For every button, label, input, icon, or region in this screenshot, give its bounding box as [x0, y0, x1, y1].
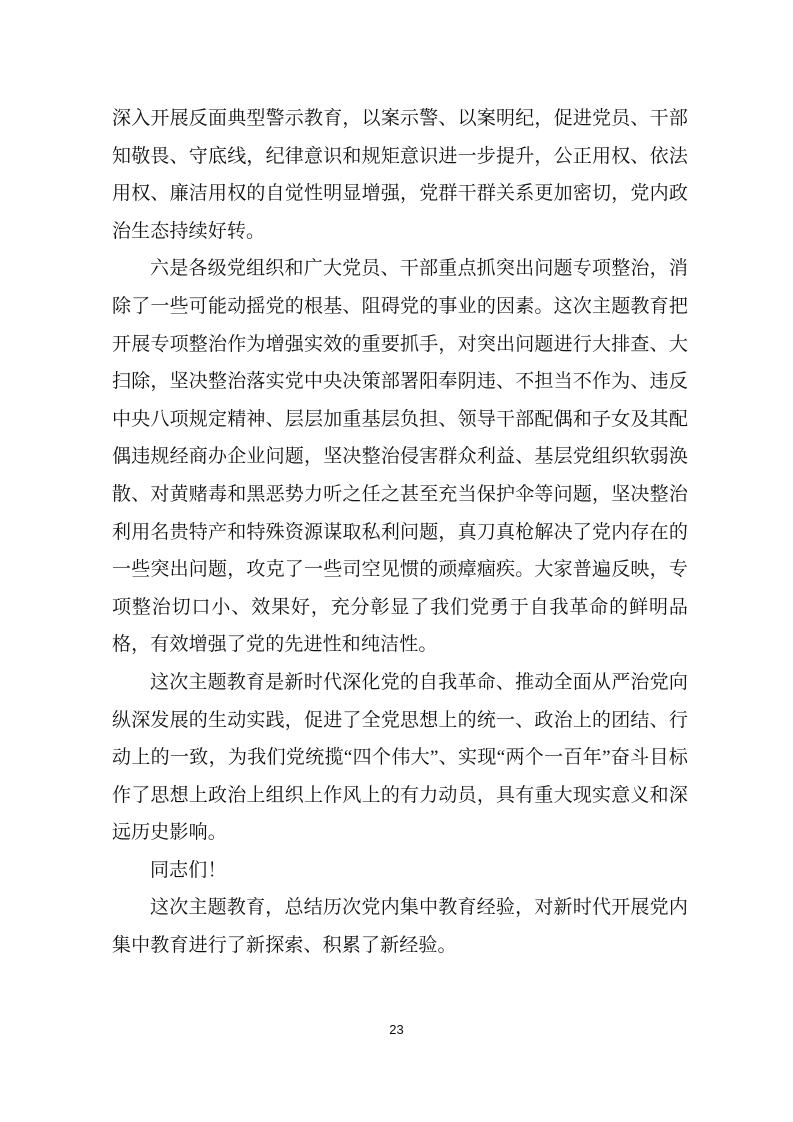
paragraph: 六是各级党组织和广大党员、干部重点抓突出问题专项整治，消除了一些可能动摇党的根基… — [112, 250, 688, 664]
page-number: 23 — [0, 1022, 793, 1037]
paragraph: 深入开展反面典型警示教育，以案示警、以案明纪，促进党员、干部知敬畏、守底线，纪律… — [112, 100, 688, 250]
document-page: 深入开展反面典型警示教育，以案示警、以案明纪，促进党员、干部知敬畏、守底线，纪律… — [0, 0, 793, 1122]
text-body: 深入开展反面典型警示教育，以案示警、以案明纪，促进党员、干部知敬畏、守底线，纪律… — [112, 100, 688, 965]
paragraph: 这次主题教育，总结历次党内集中教育经验，对新时代开展党内集中教育进行了新探索、积… — [112, 889, 688, 964]
paragraph: 这次主题教育是新时代深化党的自我革命、推动全面从严治党向纵深发展的生动实践，促进… — [112, 664, 688, 852]
paragraph: 同志们！ — [112, 852, 688, 890]
